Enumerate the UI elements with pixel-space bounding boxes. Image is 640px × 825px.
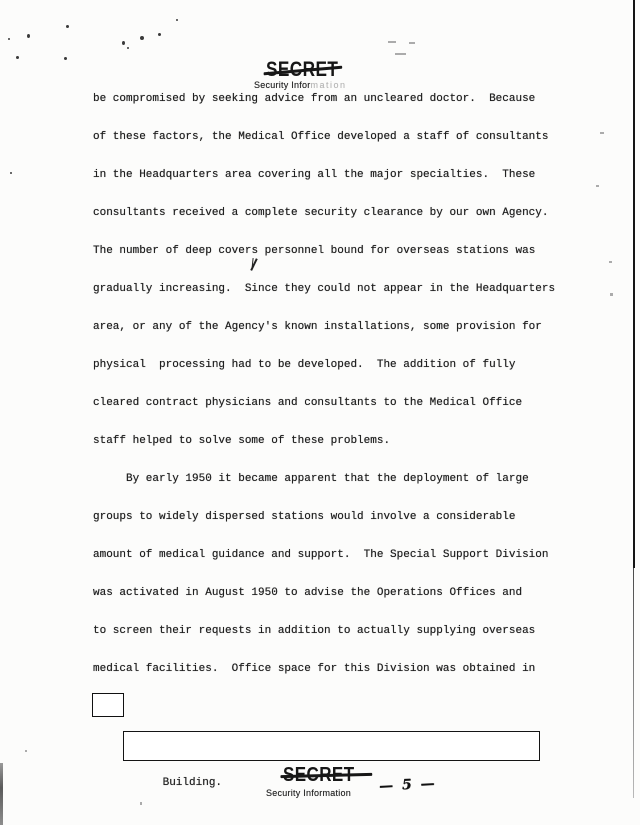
typewritten-line: consultants received a complete security… (93, 194, 573, 232)
scan-speck (64, 57, 67, 60)
security-information-footer: Security Information (266, 788, 351, 798)
scan-mark (388, 41, 396, 43)
typewritten-line: groups to widely dispersed stations woul… (93, 498, 573, 536)
typewritten-line: area, or any of the Agency's known insta… (93, 308, 573, 346)
typewritten-line: in the Headquarters area covering all th… (93, 156, 573, 194)
scan-speck (158, 33, 161, 36)
typewritten-line: be compromised by seeking advice from an… (93, 80, 573, 118)
typewritten-line: amount of medical guidance and support. … (93, 536, 573, 574)
redaction-box-large (123, 731, 540, 761)
redaction-box-small (92, 693, 124, 717)
typewritten-line: of these factors, the Medical Office dev… (93, 118, 573, 156)
scan-speck (8, 38, 10, 40)
typewritten-line: medical facilities. Office space for thi… (93, 650, 573, 688)
typewritten-line-with-redaction: Building. (93, 688, 573, 726)
scan-edge-right (633, 0, 635, 568)
scan-mark (409, 42, 415, 44)
line-segment: personnel bound for overseas stations wa… (258, 245, 535, 257)
typewritten-line: staff helped to solve some of these prob… (93, 422, 573, 460)
typewritten-line: By early 1950 it became apparent that th… (93, 460, 573, 498)
scan-speck (16, 56, 19, 59)
typewritten-line: cleared contract physicians and consulta… (93, 384, 573, 422)
scan-speck (176, 19, 178, 21)
scan-mark (609, 261, 612, 263)
secret-stamp-header: SECRET (266, 58, 338, 82)
scan-mark (600, 132, 604, 134)
scan-speck (140, 36, 144, 40)
page-number: — 5 — (379, 776, 437, 795)
scan-mark (395, 53, 406, 55)
scan-mark (140, 802, 142, 805)
secret-stamp-footer: SECRET (283, 764, 355, 787)
scan-edge-right-lower (633, 568, 634, 798)
scan-mark (25, 750, 27, 752)
scan-mark (596, 185, 599, 187)
line-segment: Building. (163, 777, 222, 789)
scan-speck (122, 41, 125, 45)
scan-speck (127, 47, 129, 49)
scan-edge-left (0, 763, 3, 825)
line-segment: The number of deep cover (93, 245, 251, 257)
typewritten-line: physical processing had to be developed.… (93, 346, 573, 384)
scan-mark (610, 293, 613, 296)
typewritten-line: to screen their requests in addition to … (93, 612, 573, 650)
document-page: SECRET Security Information be compromis… (0, 0, 640, 825)
typewritten-line-with-overstrike: The number of deep covers personnel boun… (93, 232, 573, 270)
typewritten-line: was activated in August 1950 to advise t… (93, 574, 573, 612)
overstruck-character: s (251, 232, 258, 270)
scan-speck (66, 25, 69, 28)
document-body: be compromised by seeking advice from an… (93, 80, 573, 726)
scan-speck (27, 34, 30, 38)
typewritten-line: gradually increasing. Since they could n… (93, 270, 573, 308)
scan-speck (10, 172, 12, 174)
